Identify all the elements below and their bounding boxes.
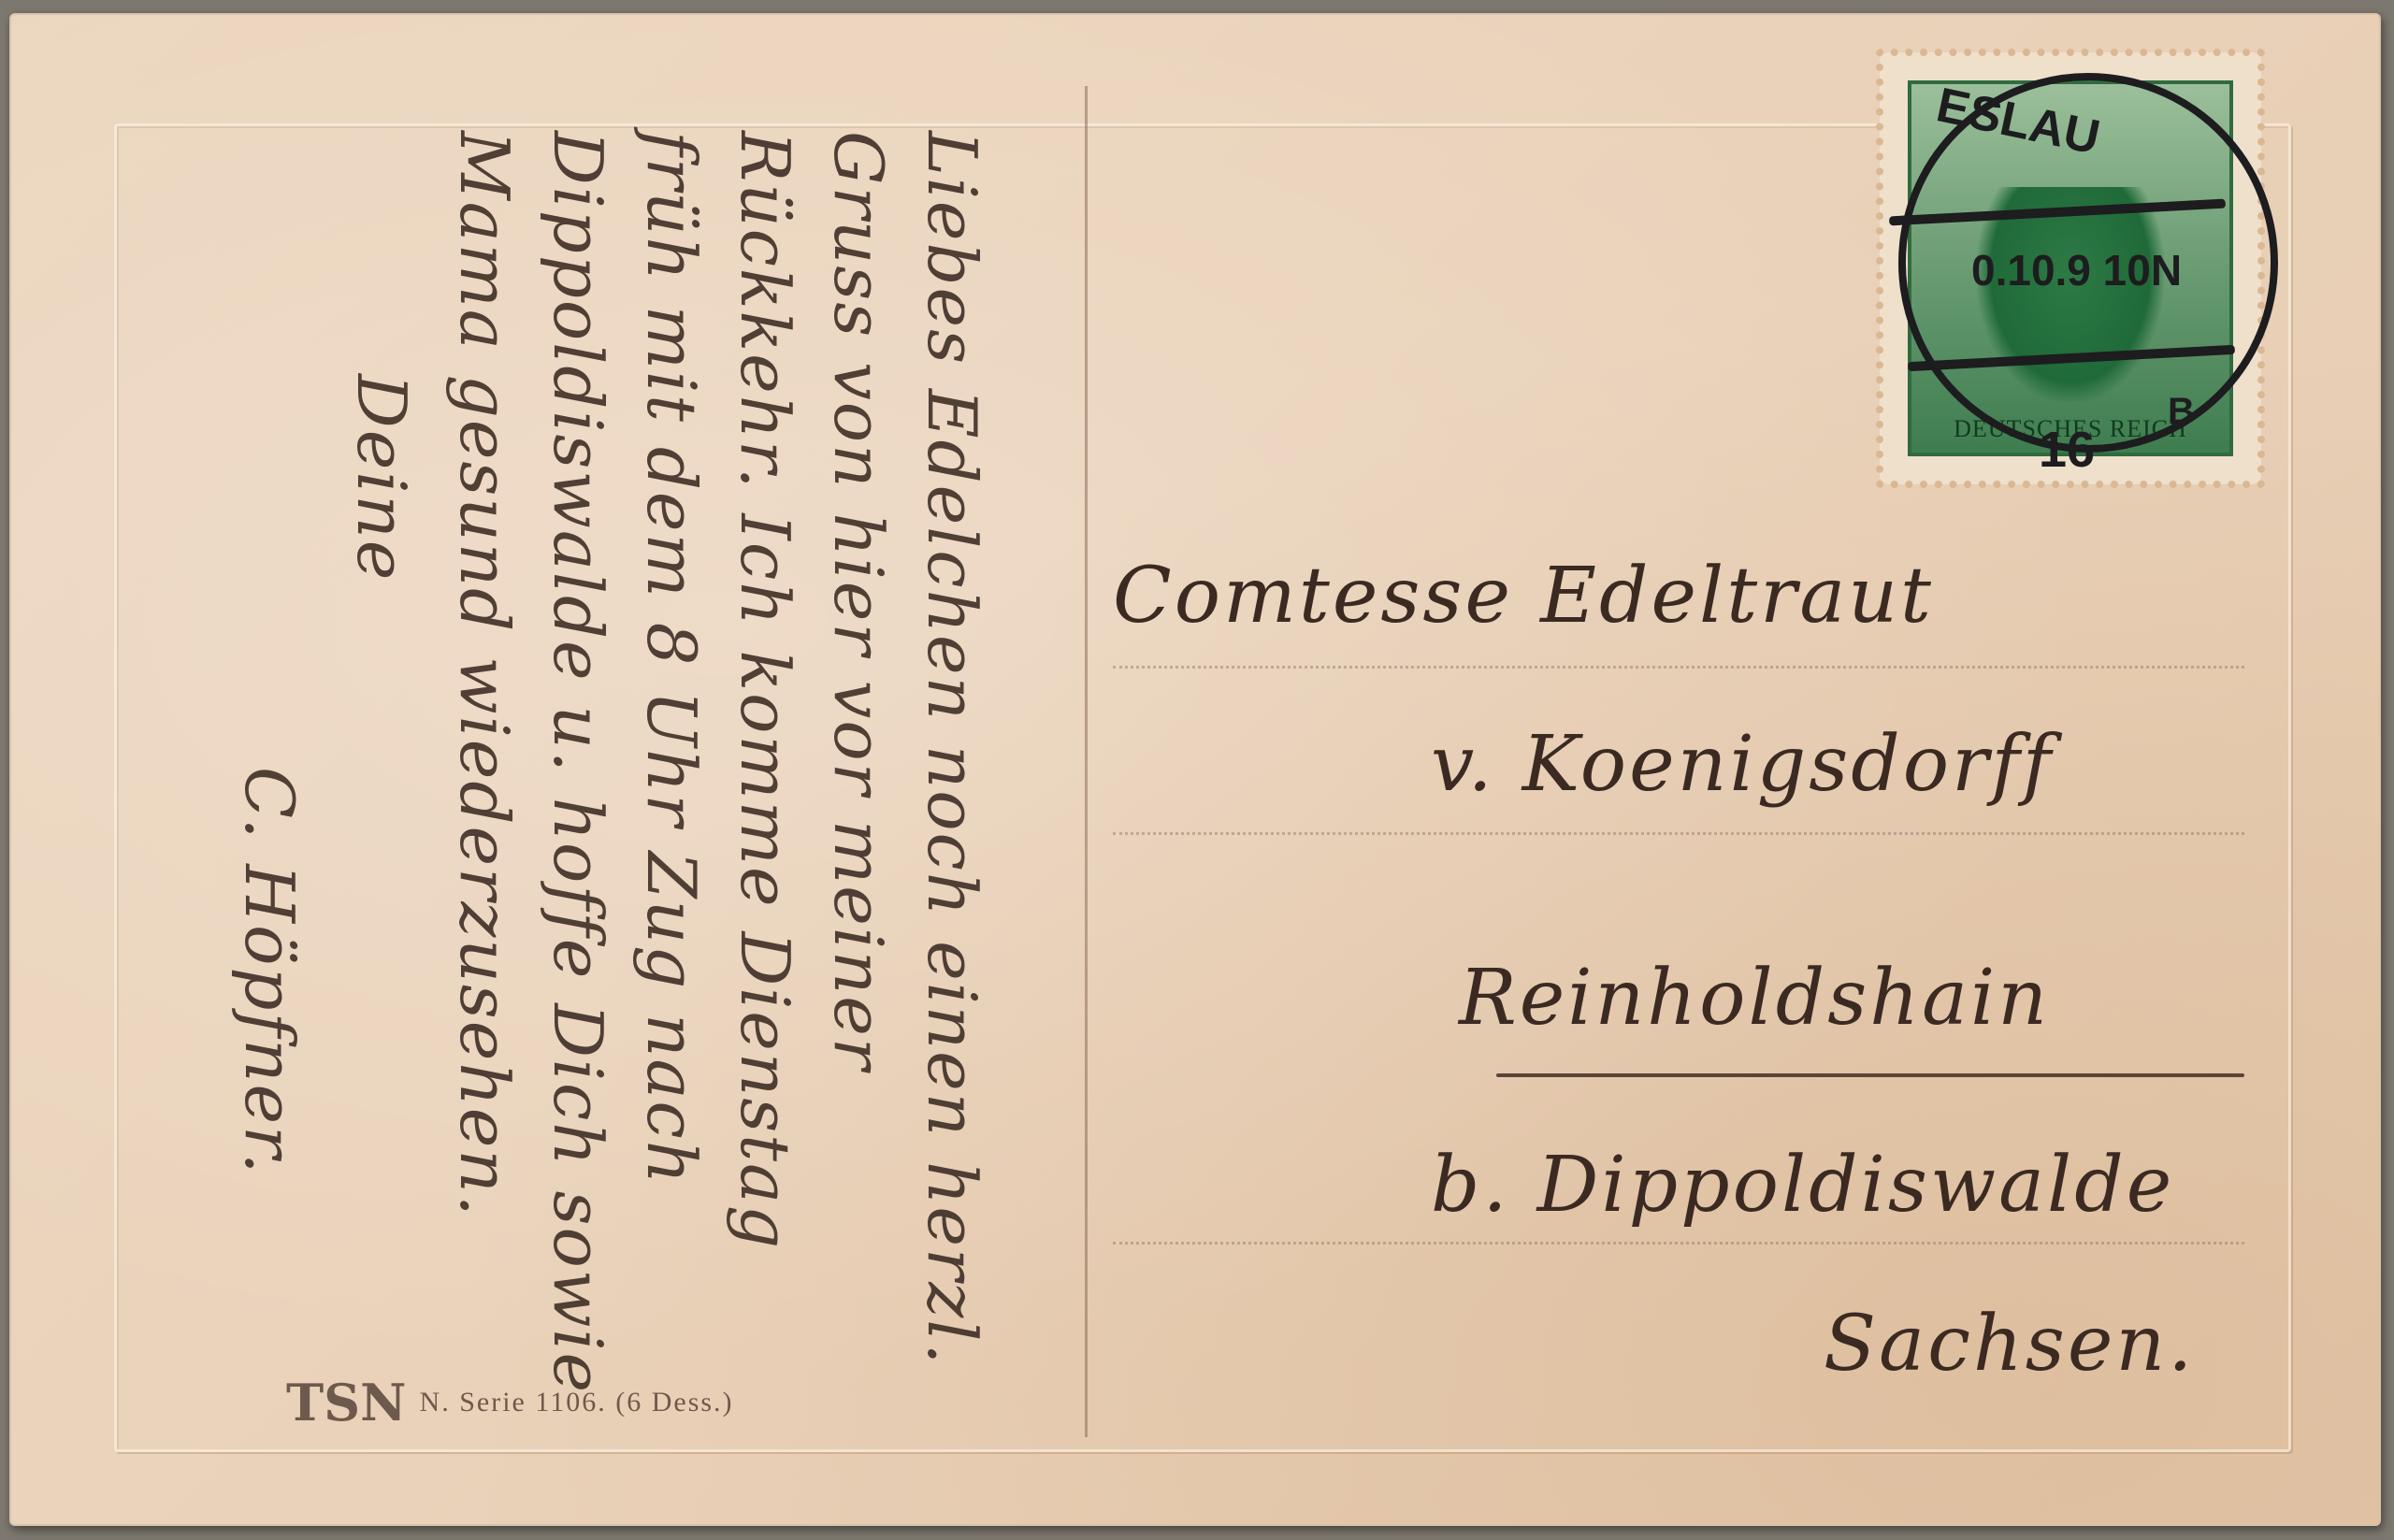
publisher-series: N. Serie 1106. (6 Dess.) — [420, 1387, 734, 1418]
address-guide-line — [1113, 1242, 2244, 1245]
message-line: Dippoldiswalde u. hoffe Dich sowie — [539, 131, 617, 1394]
message-line: Mama gesund wiederzusehen. — [445, 131, 524, 1218]
address-line-locality: Reinholdshain — [1459, 954, 2050, 1043]
message-line: früh mit dem 8 Uhr Zug nach — [632, 131, 711, 1186]
message-line: Rückkehr. Ich komme Dienstag — [726, 131, 804, 1250]
address-line-family: v. Koenigsdorff — [1431, 720, 2054, 809]
postmark-number: 16 — [2039, 421, 2095, 479]
postmark-letter: B — [2168, 391, 2195, 433]
publisher-logo: TSN — [286, 1373, 407, 1432]
address-line-town: b. Dippoldiswalde — [1431, 1141, 2174, 1230]
message-address-divider — [1085, 86, 1088, 1437]
message-closing: Deine — [342, 374, 421, 582]
postmark-date: 0.10.9 10N — [1971, 245, 2182, 295]
message-line: Liebes Edelchen noch einen herzl. — [913, 131, 991, 1366]
publisher-imprint: TSN N. Serie 1106. (6 Dess.) — [286, 1373, 734, 1432]
message-line: Gruss von hier vor meiner — [819, 131, 898, 1072]
address-guide-line — [1113, 832, 2244, 835]
message-signature: C. Höpfner. — [230, 767, 309, 1176]
address-line-region: Sachsen. — [1824, 1300, 2195, 1389]
locality-underline — [1496, 1073, 2244, 1077]
address-guide-line — [1113, 666, 2244, 669]
address-line-recipient: Comtesse Edeltraut — [1113, 552, 1934, 640]
handwritten-message: Liebes Edelchen noch einen herzl. Gruss … — [122, 122, 1019, 1374]
